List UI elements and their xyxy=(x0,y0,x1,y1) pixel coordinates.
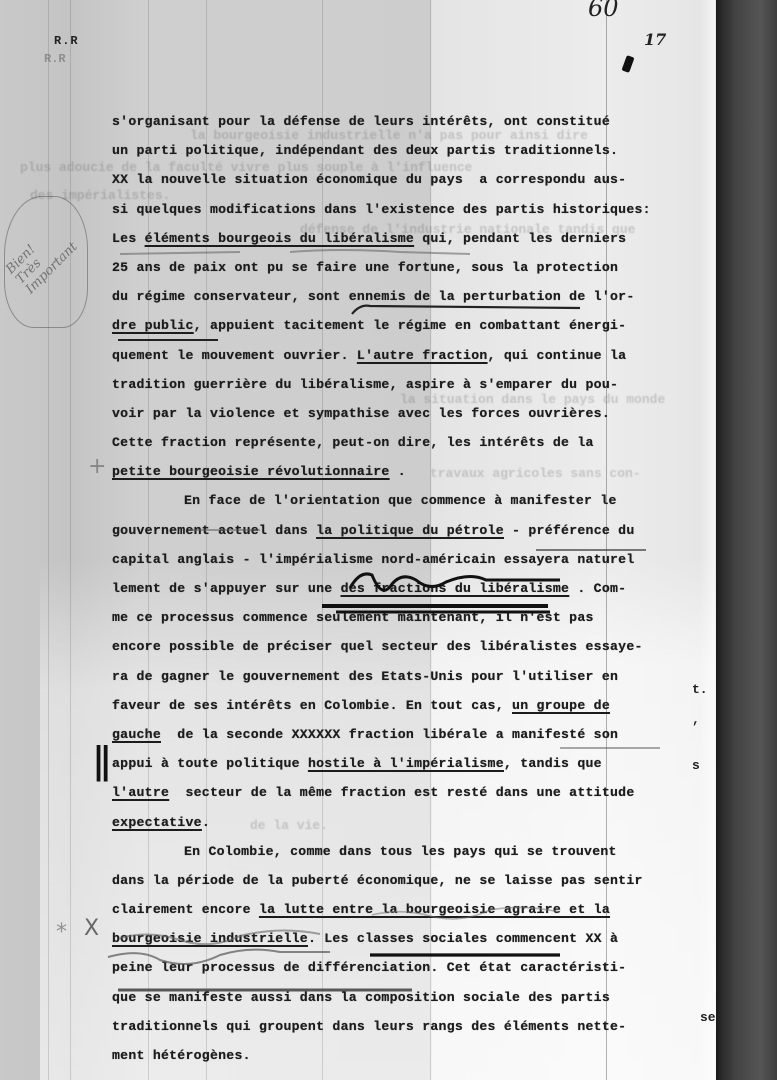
text-segment: Les xyxy=(112,231,145,246)
text-segment: du régime conservateur, sont ennemis de … xyxy=(112,289,634,304)
text-line: ra de gagner le gouvernement des Etats-U… xyxy=(112,662,712,691)
text-segment: que se manifeste aussi dans la compositi… xyxy=(112,990,610,1005)
margin-asterisk-icon: * xyxy=(56,920,67,945)
text-segment: encore possible de préciser quel secteur… xyxy=(112,639,643,654)
text-segment: qui, pendant les derniers xyxy=(414,231,626,246)
underlined-phrase: expectative xyxy=(112,815,202,830)
text-segment: quement le mouvement ouvrier. xyxy=(112,348,357,363)
text-segment: , appuient tacitement le régime en comba… xyxy=(194,318,627,333)
text-segment: de la seconde XXXXXX fraction libérale a… xyxy=(161,727,618,742)
text-line: l'autre secteur de la même fraction est … xyxy=(112,778,712,807)
underlined-phrase: la lutte entre la bourgeoisie agraire et… xyxy=(259,902,610,917)
text-segment: traditionnels qui groupent dans leurs ra… xyxy=(112,1019,626,1034)
text-line: gauche de la seconde XXXXXX fraction lib… xyxy=(112,720,712,749)
margin-bracket-mark: || xyxy=(92,740,106,782)
text-segment: ra de gagner le gouvernement des Etats-U… xyxy=(112,669,618,684)
text-segment: , qui continue la xyxy=(488,348,627,363)
text-line: capital anglais - l'impérialisme nord-am… xyxy=(112,545,712,574)
text-line: faveur de ses intérêts en Colombie. En t… xyxy=(112,691,712,720)
text-segment: En face de l'orientation que commence à … xyxy=(184,493,617,508)
text-line: s'organisant pour la défense de leurs in… xyxy=(112,107,712,136)
text-segment: . Com- xyxy=(569,581,626,596)
text-segment: s'organisant pour la défense de leurs in… xyxy=(112,114,610,129)
text-line: que se manifeste aussi dans la compositi… xyxy=(112,983,712,1012)
text-segment: 25 ans de paix ont pu se faire une fortu… xyxy=(112,260,618,275)
header-mark: R.R xyxy=(54,34,79,48)
text-segment: - préférence du xyxy=(504,523,635,538)
text-segment: lement de s'appuyer sur une xyxy=(112,581,341,596)
text-segment: appui à toute politique xyxy=(112,756,308,771)
header-mark-ghost: R.R xyxy=(44,52,66,66)
text-segment: si quelques modifications dans l'existen… xyxy=(112,202,651,217)
text-line: Les éléments bourgeois du libéralisme qu… xyxy=(112,224,712,253)
text-segment: , tandis que xyxy=(504,756,602,771)
text-line: ment hétérogènes. xyxy=(112,1041,712,1070)
text-line: expectative. xyxy=(112,808,712,837)
text-line: voir par la violence et sympathise avec … xyxy=(112,399,712,428)
text-segment: un parti politique, indépendant des deux… xyxy=(112,143,618,158)
text-segment: Cette fraction représente, peut-on dire,… xyxy=(112,435,594,450)
text-segment: capital anglais - l'impérialisme nord-am… xyxy=(112,552,634,567)
text-segment: . xyxy=(202,815,210,830)
text-line: un parti politique, indépendant des deux… xyxy=(112,136,712,165)
text-segment: dans la période de la puberté économique… xyxy=(112,873,643,888)
text-segment: clairement encore xyxy=(112,902,259,917)
text-line: traditionnels qui groupent dans leurs ra… xyxy=(112,1012,712,1041)
text-line: 25 ans de paix ont pu se faire une fortu… xyxy=(112,253,712,282)
text-segment: tradition guerrière du libéralisme, aspi… xyxy=(112,377,618,392)
text-segment: voir par la violence et sympathise avec … xyxy=(112,406,610,421)
text-line: En Colombie, comme dans tous les pays qu… xyxy=(112,837,712,866)
underlined-phrase: L'autre fraction xyxy=(357,348,488,363)
text-line: XX la nouvelle situation économique du p… xyxy=(112,165,712,194)
text-segment: faveur de ses intérêts en Colombie. En t… xyxy=(112,698,512,713)
margin-cross-icon: X xyxy=(84,916,99,941)
handwritten-page-number: 60 xyxy=(588,0,619,22)
text-segment: . Les classes sociales commencent XX à xyxy=(308,931,618,946)
text-line: quement le mouvement ouvrier. L'autre fr… xyxy=(112,341,712,370)
text-line: dre public, appuient tacitement le régim… xyxy=(112,311,712,340)
text-line: peine leur processus de différenciation.… xyxy=(112,953,712,982)
text-segment: En Colombie, comme dans tous les pays qu… xyxy=(184,844,617,859)
underlined-phrase: hostile à l'impérialisme xyxy=(308,756,504,771)
underlined-phrase: l'autre xyxy=(112,785,169,800)
text-line: du régime conservateur, sont ennemis de … xyxy=(112,282,712,311)
underlined-phrase: gauche xyxy=(112,727,161,742)
underlined-phrase: dre public xyxy=(112,318,194,333)
text-line: appui à toute politique hostile à l'impé… xyxy=(112,749,712,778)
text-line: gouvernement actuel dans la politique du… xyxy=(112,516,712,545)
text-segment: me ce processus commence seulement maint… xyxy=(112,610,594,625)
text-segment: ment hétérogènes. xyxy=(112,1048,251,1063)
text-line: Cette fraction représente, peut-on dire,… xyxy=(112,428,712,457)
text-line: encore possible de préciser quel secteur… xyxy=(112,632,712,661)
text-line: bourgeoisie industrielle. Les classes so… xyxy=(112,924,712,953)
underlined-phrase: bourgeoisie industrielle xyxy=(112,931,308,946)
text-segment: . xyxy=(390,464,406,479)
folio-mark: 17 xyxy=(644,30,666,49)
text-segment: gouvernement actuel dans xyxy=(112,523,316,538)
underlined-phrase: des fractions du libéralisme xyxy=(341,581,570,596)
text-segment: peine leur processus de différenciation.… xyxy=(112,960,626,975)
underlined-phrase: petite bourgeoisie révolutionnaire xyxy=(112,464,390,479)
text-segment: XX la nouvelle situation économique du p… xyxy=(112,172,626,187)
text-line: En face de l'orientation que commence à … xyxy=(112,486,712,515)
typewritten-body: s'organisant pour la défense de leurs in… xyxy=(112,107,712,1070)
underlined-phrase: un groupe de xyxy=(512,698,610,713)
text-line: tradition guerrière du libéralisme, aspi… xyxy=(112,370,712,399)
text-line: clairement encore la lutte entre la bour… xyxy=(112,895,712,924)
underlined-phrase: la politique du pétrole xyxy=(316,523,504,538)
text-segment: secteur de la même fraction est resté da… xyxy=(169,785,634,800)
margin-cross-icon: + xyxy=(88,454,106,479)
adjacent-page-edge xyxy=(716,0,777,1080)
text-line: lement de s'appuyer sur une des fraction… xyxy=(112,574,712,603)
underlined-phrase: éléments bourgeois du libéralisme xyxy=(145,231,414,246)
text-line: petite bourgeoisie révolutionnaire . xyxy=(112,457,712,486)
text-line: me ce processus commence seulement maint… xyxy=(112,603,712,632)
text-line: si quelques modifications dans l'existen… xyxy=(112,195,712,224)
text-line: dans la période de la puberté économique… xyxy=(112,866,712,895)
